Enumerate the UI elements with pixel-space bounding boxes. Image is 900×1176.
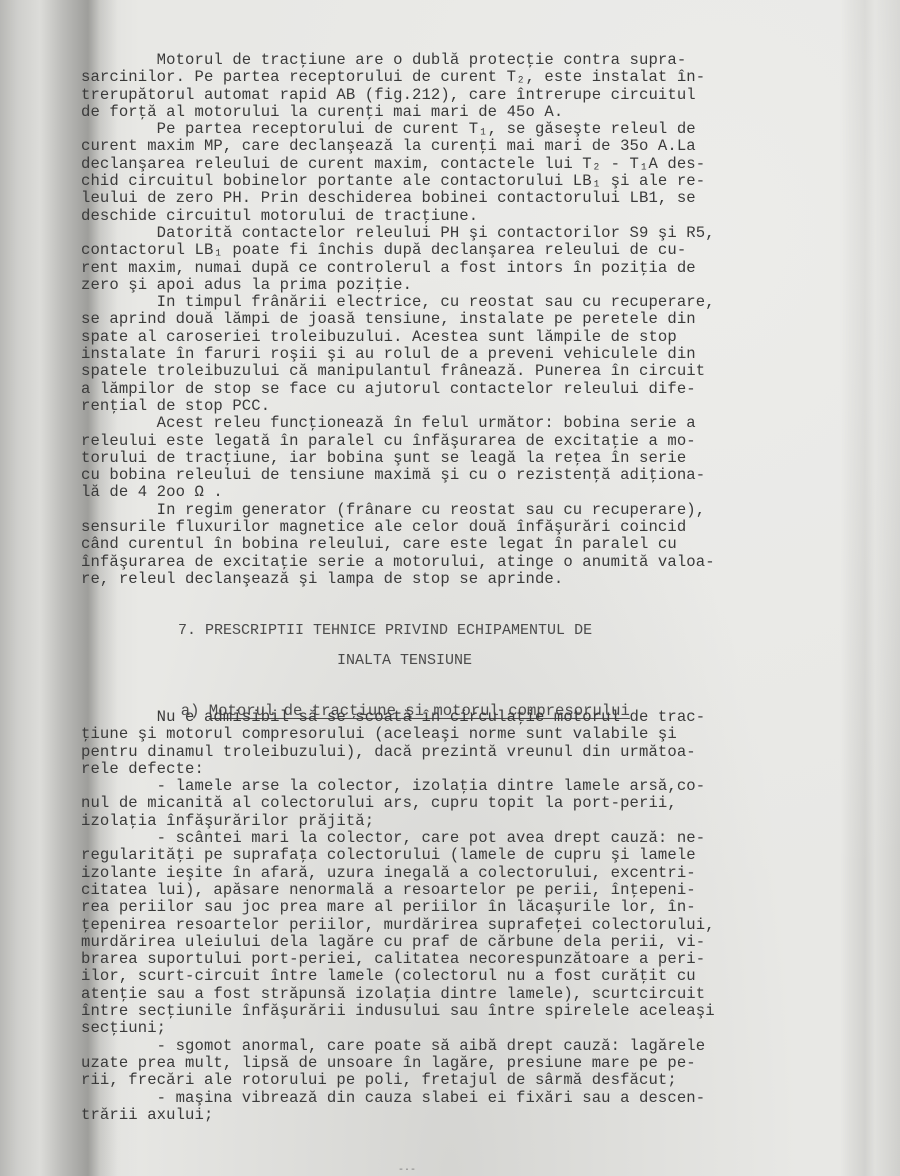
text-line: chid circuitul bobinelor portante ale co… [81, 173, 801, 190]
text-line: nul de micanită al colectorului ars, cup… [81, 795, 801, 812]
text-line: re, releul declanşează şi lampa de stop … [81, 571, 801, 588]
text-line: leului de zero PH. Prin deschiderea bobi… [81, 190, 801, 207]
text-line: curent maxim MP, care declanşează la cur… [81, 138, 801, 155]
text-line: secţiuni; [81, 1020, 801, 1037]
text-line: înfăşurarea de excitaţie serie a motorul… [81, 554, 801, 571]
text-line: - lamele arse la colector, izolaţia dint… [81, 778, 801, 795]
text-line: contactorul LB₁ poate fi închis după dec… [81, 242, 801, 259]
text-line: - sgomot anormal, care poate să aibă dre… [81, 1038, 801, 1055]
text-line: releului este legată în paralel cu înfăş… [81, 433, 801, 450]
text-line: spate al caroseriei troleibuzului. Acest… [81, 329, 801, 346]
text-line: izolaţia înfăşurărilor prăjită; [81, 813, 801, 830]
text-line: torului de tracţiune, iar bobina şunt se… [81, 450, 801, 467]
text-line: între secţiunile înfăşurării indusului s… [81, 1003, 801, 1020]
text-line: Acest releu funcţionează în felul următo… [81, 415, 801, 432]
text-line: declanşarea releului de curent maxim, co… [81, 156, 801, 173]
text-line: când curentul în bobina releului, care e… [81, 536, 801, 553]
section-heading-line-2: INALTA TENSIUNE [337, 652, 472, 669]
text-line: trerupătorul automat rapid AB (fig.212),… [81, 87, 801, 104]
text-line: ilor, scurt-circuit între lamele (colect… [81, 968, 801, 985]
text-line: - scântei mari la colector, care pot ave… [81, 830, 801, 847]
text-line: izolante ieşite în afară, uzura inegală … [81, 865, 801, 882]
section-1-text: Motorul de tracţiune are o dublă protecţ… [81, 52, 801, 588]
text-line: lă de 4 2oo Ω . [81, 484, 801, 501]
text-line: - maşina vibrează din cauza slabei ei fi… [81, 1090, 801, 1107]
text-line: cu bobina releului de tensiune maximă şi… [81, 467, 801, 484]
text-line: rent maxim, numai după ce controlerul a … [81, 260, 801, 277]
text-line: deschide circuitul motorului de tracţiun… [81, 208, 801, 225]
text-line: rea periilor sau joc prea mare al periil… [81, 899, 801, 916]
text-line: Pe partea receptorului de curent T₁, se … [81, 121, 801, 138]
text-line: se aprind două lămpi de joasă tensiune, … [81, 311, 801, 328]
text-line: murdărirea uleiului dela lagăre cu praf … [81, 934, 801, 951]
text-line: spatele troleibuzului că manipulantul fr… [81, 363, 801, 380]
text-line: atenţie sau a fost străpunsă izolaţia di… [81, 986, 801, 1003]
text-line: Datorită contactelor releului PH şi cont… [81, 225, 801, 242]
text-line: trării axului; [81, 1107, 801, 1124]
page-mark: -·- [398, 1165, 416, 1176]
text-line: In regim generator (frânare cu reostat s… [81, 502, 801, 519]
text-line: rele defecte: [81, 761, 801, 778]
text-line: brarea suportului port-periei, calitatea… [81, 951, 801, 968]
text-line: de forţă al motorului la curenţi mai mar… [81, 104, 801, 121]
text-line: citatea lui), apăsare nenormală a resoar… [81, 882, 801, 899]
section-2-text: Nu e admisibil să se scoată în circulaţi… [81, 709, 801, 1124]
section-heading-line-1: 7. PRESCRIPTII TEHNICE PRIVIND ECHIPAMEN… [178, 622, 592, 639]
text-line: sensurile fluxurilor magnetice ale celor… [81, 519, 801, 536]
text-line: pentru dinamul troleibuzului), dacă prez… [81, 744, 801, 761]
text-line: In timpul frânării electrice, cu reostat… [81, 294, 801, 311]
text-line: regularităţi pe suprafaţa colectorului (… [81, 847, 801, 864]
text-line: rii, frecări ale rotorului pe poli, fret… [81, 1072, 801, 1089]
text-line: Nu e admisibil să se scoată în circulaţi… [81, 709, 801, 726]
text-line: sarcinilor. Pe partea receptorului de cu… [81, 69, 801, 86]
text-line: Motorul de tracţiune are o dublă protecţ… [81, 52, 801, 69]
text-line: ţepenirea resoartelor periilor, murdărir… [81, 917, 801, 934]
text-line: a lămpilor de stop se face cu ajutorul c… [81, 381, 801, 398]
text-line: renţial de stop PCC. [81, 398, 801, 415]
text-line: zero şi apoi adus la prima poziţie. [81, 277, 801, 294]
text-line: ţiune şi motorul compresorului (aceleaşi… [81, 726, 801, 743]
text-line: uzate prea mult, lipsă de unsoare în lag… [81, 1055, 801, 1072]
text-line: instalate în faruri roşii şi au rolul de… [81, 346, 801, 363]
